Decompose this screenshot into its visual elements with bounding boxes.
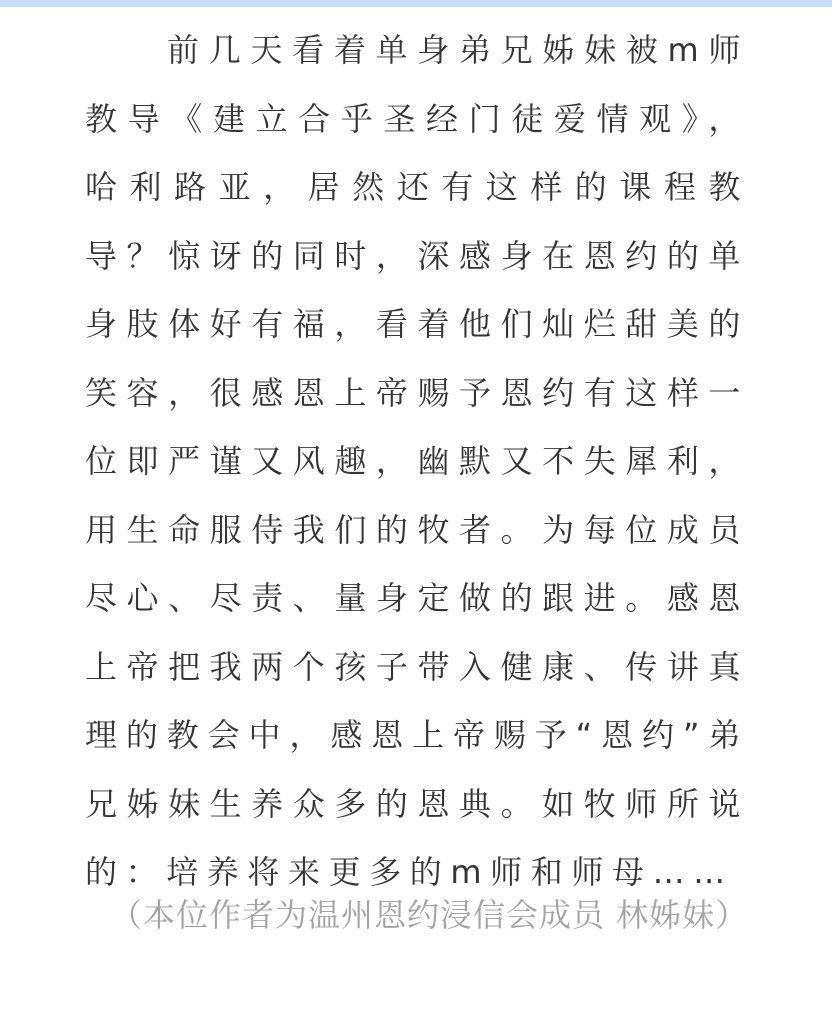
author-note: （本位作者为温州恩约浸信会成员 林姊妹） <box>110 888 740 942</box>
article-paragraph: 前几天看着单身弟兄姊妹被m师教导《建立合乎圣经门徒爱情观》，哈利路亚，居然还有这… <box>85 16 749 907</box>
article-body: 前几天看着单身弟兄姊妹被m师教导《建立合乎圣经门徒爱情观》，哈利路亚，居然还有这… <box>85 16 749 907</box>
top-band <box>0 0 832 7</box>
